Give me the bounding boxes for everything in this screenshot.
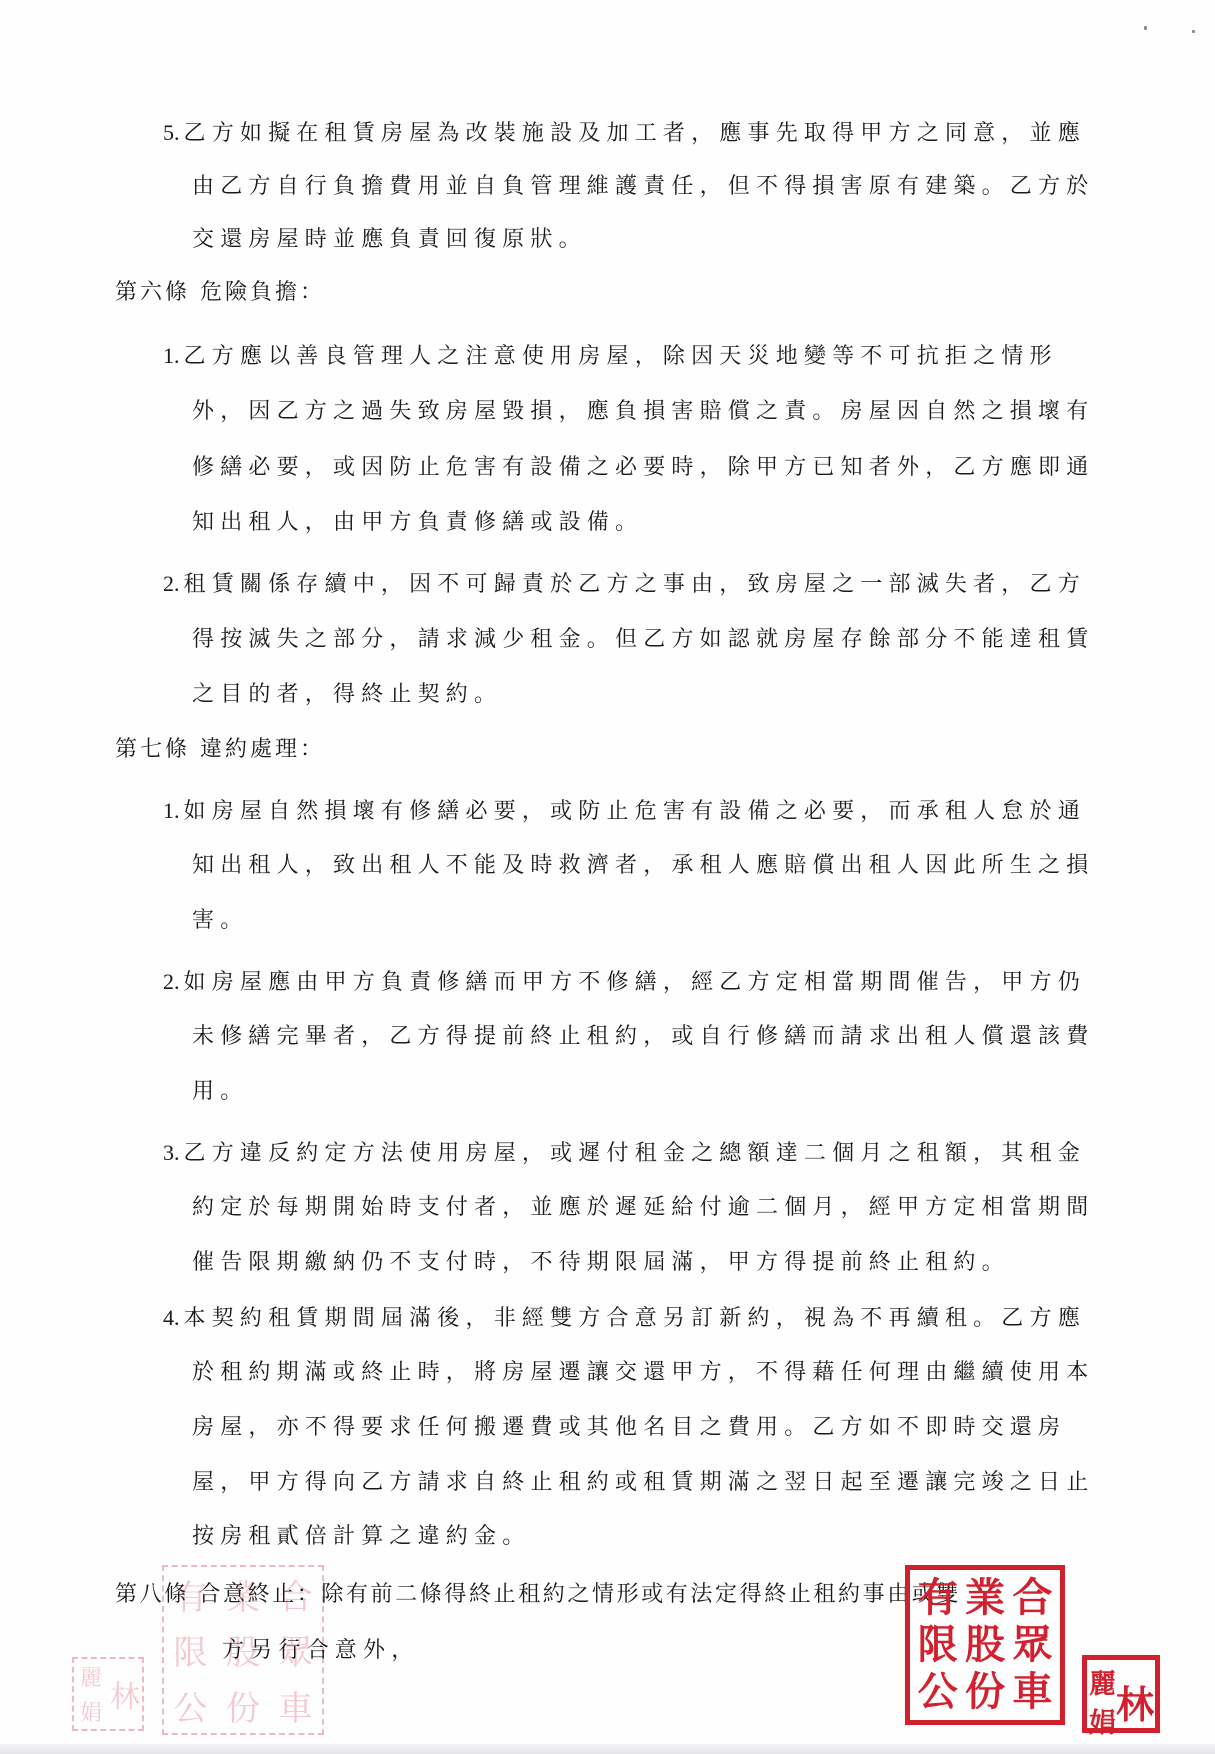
clause-text: 害。 — [192, 908, 248, 933]
seal-char: 林 — [108, 1672, 142, 1716]
clause-line: 由乙方自行負擔費用並自負管理維護責任，但不得損害原有建築。乙方於 — [192, 172, 1094, 202]
article-heading: 第七條 違約處理： — [115, 735, 325, 765]
clause-text: 方另行合意外， — [222, 1638, 419, 1663]
clause-text: 屋，甲方得向乙方請求自終止租約或租賃期滿之翌日起至遷讓完竣之日止 — [192, 1470, 1094, 1495]
seal-char: 車 — [1009, 1672, 1056, 1712]
seal-char: 合 — [1009, 1578, 1056, 1618]
clause-text: 修繕必要，或因防止危害有設備之必要時，除甲方已知者外，乙方應即通 — [192, 455, 1094, 480]
clause-text: 如房屋自然損壞有修繕必要，或防止危害有設備之必要，而承租人怠於通 — [184, 799, 1086, 824]
heading-text: 第六條 危險負擔： — [115, 280, 325, 305]
heading-text: 第七條 違約處理： — [115, 737, 325, 762]
clause-text: 得按滅失之部分，請求減少租金。但乙方如認就房屋存餘部分不能達租賃 — [192, 627, 1094, 652]
clause-text: 於租約期滿或終止時，將房屋遷讓交還甲方，不得藉任何理由繼續使用本 — [192, 1360, 1094, 1385]
seal-char: 林 — [1116, 1674, 1154, 1729]
clause-line: 屋，甲方得向乙方請求自終止租約或租賃期滿之翌日起至遷讓完竣之日止 — [192, 1468, 1094, 1498]
clause-line: 未修繕完畢者，乙方得提前終止租約，或自行修繕而請求出租人償還該費 — [192, 1022, 1094, 1052]
clause-text: 乙方如擬在租賃房屋為改裝施設及加工者，應事先取得甲方之同意，並應 — [184, 121, 1086, 146]
clause-line: 害。 — [192, 906, 248, 936]
clause-text: 約定於每期開始時支付者，並應於遲延給付逾二個月，經甲方定相當期間 — [192, 1195, 1094, 1220]
seal-char: 份 — [961, 1672, 1008, 1712]
seal-char: 車 — [269, 1681, 322, 1730]
clause-text: 交還房屋時並應負責回復原狀。 — [192, 227, 587, 252]
scanned-contract-page: 5.乙方如擬在租賃房屋為改裝施設及加工者，應事先取得甲方之同意，並應 由乙方自行… — [0, 0, 1215, 1754]
item-number: 4. — [163, 1303, 180, 1333]
seal-char: 業 — [961, 1578, 1008, 1618]
seal-char: 麗 — [74, 1661, 108, 1692]
clause-line: 1.乙方應以善良管理人之注意使用房屋，除因天災地變等不可抗拒之情形 — [163, 341, 1058, 372]
faded-personal-seal: 麗 林 娟 — [72, 1657, 144, 1731]
clause-line: 3.乙方違反約定方法使用房屋，或遲付租金之總額達二個月之租額，其租金 — [163, 1138, 1086, 1169]
company-seal: 有 業 合 限 股 眾 公 份 車 — [905, 1565, 1065, 1725]
personal-seal: 麗 林 娟 — [1082, 1655, 1160, 1733]
clause-line: 方另行合意外， — [222, 1636, 419, 1666]
item-number: 1. — [163, 796, 180, 826]
item-number: 3. — [163, 1138, 180, 1168]
clause-text: 未修繕完畢者，乙方得提前終止租約，或自行修繕而請求出租人償還該費 — [192, 1024, 1094, 1049]
clause-line: 交還房屋時並應負責回復原狀。 — [192, 225, 587, 255]
item-number: 2. — [163, 569, 180, 599]
clause-text: 乙方違反約定方法使用房屋，或遲付租金之總額達二個月之租額，其租金 — [184, 1141, 1086, 1166]
clause-line: 知出租人，致出租人不能及時救濟者，承租人應賠償出租人因此所生之損 — [192, 851, 1094, 881]
clause-text: 外，因乙方之過失致房屋毀損，應負損害賠償之責。房屋因自然之損壞有 — [192, 399, 1094, 424]
seal-char: 娟 — [74, 1696, 108, 1727]
seal-char: 有 — [914, 1578, 961, 1618]
speck — [1144, 26, 1147, 30]
seal-char: 限 — [164, 1625, 217, 1674]
article-heading: 第八條 合意終止：除有前二條得終止租約之情形或有法定得終止租約事由或雙 — [115, 1580, 961, 1610]
seal-char: 限 — [914, 1625, 961, 1665]
clause-line: 按房租貳倍計算之違約金。 — [192, 1522, 530, 1552]
seal-char: 股 — [961, 1625, 1008, 1665]
clause-line: 房屋，亦不得要求任何搬遷費或其他名目之費用。乙方如不即時交還房 — [192, 1413, 1066, 1443]
heading-text: 第八條 合意終止：除有前二條得終止租約之情形或有法定得終止租約事由或雙 — [115, 1582, 961, 1607]
clause-text: 房屋，亦不得要求任何搬遷費或其他名目之費用。乙方如不即時交還房 — [192, 1415, 1066, 1440]
clause-line: 4.本契約租賃期間屆滿後，非經雙方合意另訂新約，視為不再續租。乙方應 — [163, 1303, 1086, 1334]
clause-text: 之目的者，得終止契約。 — [192, 682, 502, 707]
item-number: 5. — [163, 118, 180, 148]
clause-text: 按房租貳倍計算之違約金。 — [192, 1524, 530, 1549]
seal-char: 公 — [164, 1681, 217, 1730]
clause-text: 知出租人，由甲方負責修繕或設備。 — [192, 510, 643, 535]
clause-line: 催告限期繳納仍不支付時，不待期限屆滿，甲方得提前終止租約。 — [192, 1248, 1010, 1278]
clause-text: 用。 — [192, 1079, 248, 1104]
clause-line: 約定於每期開始時支付者，並應於遲延給付逾二個月，經甲方定相當期間 — [192, 1193, 1094, 1223]
clause-text: 催告限期繳納仍不支付時，不待期限屆滿，甲方得提前終止租約。 — [192, 1250, 1010, 1275]
item-number: 1. — [163, 341, 180, 371]
clause-line: 5.乙方如擬在租賃房屋為改裝施設及加工者，應事先取得甲方之同意，並應 — [163, 118, 1086, 149]
seal-char: 麗 — [1089, 1662, 1116, 1701]
clause-text: 租賃關係存續中，因不可歸責於乙方之事由，致房屋之一部滅失者，乙方 — [184, 572, 1086, 597]
scan-bottom-edge — [0, 1744, 1215, 1754]
speck — [1192, 30, 1195, 33]
clause-line: 1.如房屋自然損壞有修繕必要，或防止危害有設備之必要，而承租人怠於通 — [163, 796, 1086, 827]
seal-char: 份 — [217, 1681, 270, 1730]
scan-specks — [1140, 26, 1200, 36]
seal-char: 公 — [914, 1672, 961, 1712]
clause-line: 之目的者，得終止契約。 — [192, 680, 502, 710]
clause-line: 得按滅失之部分，請求減少租金。但乙方如認就房屋存餘部分不能達租賃 — [192, 625, 1094, 655]
clause-line: 修繕必要，或因防止危害有設備之必要時，除甲方已知者外，乙方應即通 — [192, 453, 1094, 483]
clause-line: 2.租賃關係存續中，因不可歸責於乙方之事由，致房屋之一部滅失者，乙方 — [163, 569, 1086, 600]
clause-text: 如房屋應由甲方負責修繕而甲方不修繕，經乙方定相當期間催告，甲方仍 — [184, 970, 1086, 995]
clause-text: 本契約租賃期間屆滿後，非經雙方合意另訂新約，視為不再續租。乙方應 — [184, 1306, 1086, 1331]
clause-text: 由乙方自行負擔費用並自負管理維護責任，但不得損害原有建築。乙方於 — [192, 174, 1094, 199]
item-number: 2. — [163, 967, 180, 997]
clause-line: 知出租人，由甲方負責修繕或設備。 — [192, 508, 643, 538]
clause-line: 外，因乙方之過失致房屋毀損，應負損害賠償之責。房屋因自然之損壞有 — [192, 397, 1094, 427]
clause-line: 2.如房屋應由甲方負責修繕而甲方不修繕，經乙方定相當期間催告，甲方仍 — [163, 967, 1086, 998]
seal-char: 娟 — [1089, 1701, 1116, 1740]
article-heading: 第六條 危險負擔： — [115, 278, 325, 308]
clause-line: 於租約期滿或終止時，將房屋遷讓交還甲方，不得藉任何理由繼續使用本 — [192, 1358, 1094, 1388]
clause-line: 用。 — [192, 1077, 248, 1107]
seal-char: 眾 — [1009, 1625, 1056, 1665]
clause-text: 知出租人，致出租人不能及時救濟者，承租人應賠償出租人因此所生之損 — [192, 853, 1094, 878]
clause-text: 乙方應以善良管理人之注意使用房屋，除因天災地變等不可抗拒之情形 — [184, 344, 1058, 369]
